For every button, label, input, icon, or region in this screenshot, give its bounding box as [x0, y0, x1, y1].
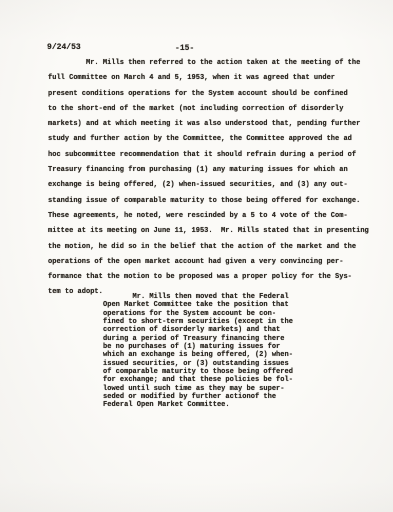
motion-blockquote: Mr. Mills then moved that the Federal Op… [103, 293, 293, 410]
page-number: -15- [175, 44, 194, 54]
document-page: 9/24/53 -15- Mr. Mills then referred to … [0, 0, 393, 512]
body-paragraph: Mr. Mills then referred to the action ta… [48, 56, 369, 301]
document-date: 9/24/53 [47, 43, 81, 53]
